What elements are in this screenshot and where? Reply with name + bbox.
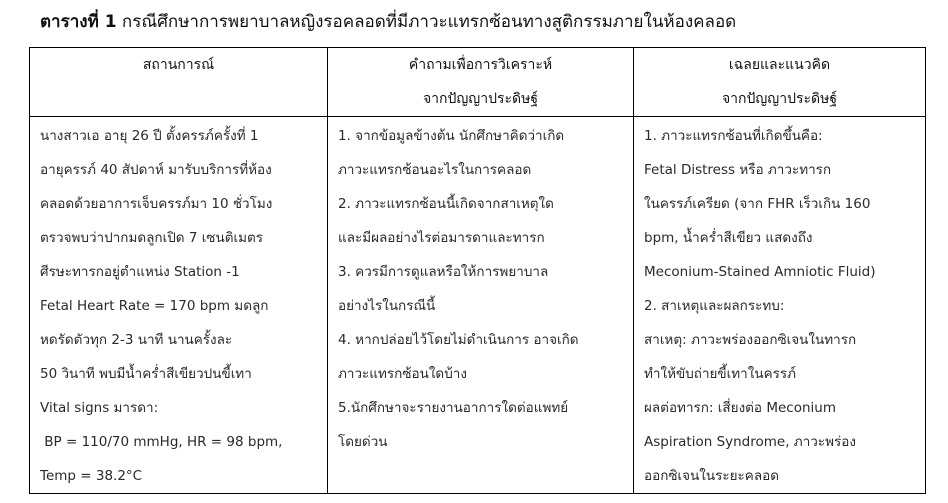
question-line: 2. ภาวะแทรกซ้อนนี้เกิดจากสาเหตุใด — [338, 187, 633, 221]
caption-text: กรณีศึกษาการพยาบาลหญิงรอคลอดที่มีภาวะแทร… — [117, 12, 737, 32]
scenario-line: คลอดด้วยอาการเจ็บครรภ์มา 10 ชั่วโมง — [40, 187, 327, 221]
scenario-line: BP = 110/70 mmHg, HR = 98 bpm, — [40, 425, 327, 459]
header-scenario: สถานการณ์ — [30, 48, 328, 117]
scenario-line: ตรวจพบว่าปากมดลูกเปิด 7 เซนติเมตร — [40, 221, 327, 255]
question-line: 1. จากข้อมูลข้างต้น นักศึกษาคิดว่าเกิด — [338, 119, 633, 153]
caption-label: ตารางที่ 1 — [40, 12, 117, 32]
answer-line: ทำให้ขับถ่ายขี้เทาในครรภ์ — [644, 357, 925, 391]
answer-line: สาเหตุ: ภาวะพร่องออกซิเจนในทารก — [644, 323, 925, 357]
header-answers-line-1: เฉลยและแนวคิด — [634, 48, 925, 82]
table-row: นางสาวเอ อายุ 26 ปี ตั้งครรภ์ครั้งที่ 1 … — [30, 117, 926, 494]
question-line: และมีผลอย่างไรต่อมารดาและทารก — [338, 221, 633, 255]
header-questions-line-1: คำถามเพื่อการวิเคราะห์ — [328, 48, 633, 82]
answer-line: bpm, น้ำคร่ำสีเขียว แสดงถึง — [644, 221, 925, 255]
question-line: ภาวะแทรกซ้อนอะไรในการคลอด — [338, 153, 633, 187]
answer-line: Aspiration Syndrome, ภาวะพร่อง — [644, 425, 925, 459]
header-answers-line-2: จากปัญญาประดิษฐ์ — [634, 82, 925, 116]
question-line: 3. ควรมีการดูแลหรือให้การพยาบาล — [338, 255, 633, 289]
header-answers: เฉลยและแนวคิด จากปัญญาประดิษฐ์ — [634, 48, 926, 117]
answers-cell: 1. ภาวะแทรกซ้อนที่เกิดขึ้นคือ: Fetal Dis… — [634, 117, 926, 494]
scenario-cell: นางสาวเอ อายุ 26 ปี ตั้งครรภ์ครั้งที่ 1 … — [30, 117, 328, 494]
answer-line: ผลต่อทารก: เสี่ยงต่อ Meconium — [644, 391, 925, 425]
answer-line: Meconium-Stained Amniotic Fluid) — [644, 255, 925, 289]
table-caption: ตารางที่ 1 กรณีศึกษาการพยาบาลหญิงรอคลอดท… — [40, 10, 736, 34]
header-questions-line-2: จากปัญญาประดิษฐ์ — [328, 82, 633, 116]
question-line: 5.นักศึกษาจะรายงานอาการใดต่อแพทย์ — [338, 391, 633, 425]
scenario-line: Fetal Heart Rate = 170 bpm มดลูก — [40, 289, 327, 323]
answer-line: 2. สาเหตุและผลกระทบ: — [644, 289, 925, 323]
questions-cell: 1. จากข้อมูลข้างต้น นักศึกษาคิดว่าเกิด ภ… — [328, 117, 634, 494]
scenario-line: ศีรษะทารกอยู่ตำแหน่ง Station -1 — [40, 255, 327, 289]
header-scenario-line-1: สถานการณ์ — [30, 48, 327, 82]
header-row: สถานการณ์ คำถามเพื่อการวิเคราะห์ จากปัญญ… — [30, 48, 926, 117]
scenario-line: Vital signs มารดา: — [40, 391, 327, 425]
scenario-line: Temp = 38.2°C — [40, 459, 327, 493]
scenario-line: 50 วินาที พบมีน้ำคร่ำสีเขียวปนขี้เทา — [40, 357, 327, 391]
answer-line: ในครรภ์เครียด (จาก FHR เร็วเกิน 160 — [644, 187, 925, 221]
answer-line: Fetal Distress หรือ ภาวะทารก — [644, 153, 925, 187]
question-line: โดยด่วน — [338, 425, 633, 459]
scenario-line: หดรัดตัวทุก 2-3 นาที นานครั้งละ — [40, 323, 327, 357]
question-line: ภาวะแทรกซ้อนใดบ้าง — [338, 357, 633, 391]
case-study-table: สถานการณ์ คำถามเพื่อการวิเคราะห์ จากปัญญ… — [29, 47, 926, 494]
question-line: 4. หากปล่อยไว้โดยไม่ดำเนินการ อาจเกิด — [338, 323, 633, 357]
scenario-line: นางสาวเอ อายุ 26 ปี ตั้งครรภ์ครั้งที่ 1 — [40, 119, 327, 153]
question-line: อย่างไรในกรณีนี้ — [338, 289, 633, 323]
answer-line: 1. ภาวะแทรกซ้อนที่เกิดขึ้นคือ: — [644, 119, 925, 153]
answer-line: ออกซิเจนในระยะคลอด — [644, 459, 925, 493]
scenario-line: อายุครรภ์ 40 สัปดาห์ มารับบริการที่ห้อง — [40, 153, 327, 187]
header-questions: คำถามเพื่อการวิเคราะห์ จากปัญญาประดิษฐ์ — [328, 48, 634, 117]
